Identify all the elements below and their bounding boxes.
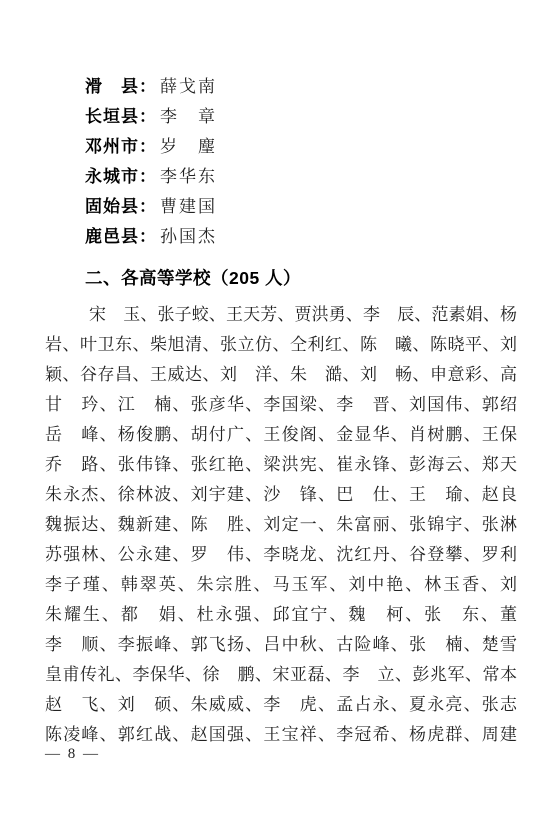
county-person-name: 李 章 xyxy=(160,107,217,126)
county-appointments-list: 滑 县：薛戈南 长垣县：李 章 邓州市：岁 麈 永城市：李华东 固始县：曹建国 … xyxy=(45,72,517,252)
name-list-line: 岩、叶卫东、柴旭清、张立仿、仝利红、陈 曦、陈晓平、刘聪 xyxy=(45,330,517,360)
county-person-name: 曹建国 xyxy=(160,197,217,216)
name-list-line: 皇甫传礼、李保华、徐 鹏、宋亚磊、李 立、彭兆军、常本超、 xyxy=(45,660,517,690)
name-list-line: 李 顺、李振峰、郭飞扬、吕中秋、古险峰、张 楠、楚雪峰、 xyxy=(45,630,517,660)
county-row: 邓州市：岁 麈 xyxy=(85,132,517,162)
county-label: 永城市： xyxy=(85,167,157,186)
name-list-line: 苏强林、公永建、罗 伟、李晓龙、沈红丹、谷登攀、罗利民、 xyxy=(45,540,517,570)
document-page: 滑 县：薛戈南 长垣县：李 章 邓州市：岁 麈 永城市：李华东 固始县：曹建国 … xyxy=(0,0,559,819)
county-row: 滑 县：薛戈南 xyxy=(85,72,517,102)
name-list-line: 甘 玪、江 楠、张彦华、李国梁、李 晋、刘国伟、郭绍永、 xyxy=(45,390,517,420)
name-list-line: 乔 路、张伟锋、张红艳、梁洪宪、崔永锋、彭海云、郑天明、 xyxy=(45,450,517,480)
section-heading: 二、各高等学校（205 人） xyxy=(45,263,517,293)
name-list-line: 颖、谷存昌、王威达、刘 洋、朱 澔、刘 畅、申意彩、高 磊、 xyxy=(45,360,517,390)
county-label: 鹿邑县： xyxy=(85,227,157,246)
higher-education-name-list: 宋 玉、张子蛟、王天芳、贾洪勇、李 辰、范素娟、杨照 岩、叶卫东、柴旭清、张立仿… xyxy=(45,300,517,750)
name-list-line: 李子瑾、韩翠英、朱宗胜、马玉军、刘中艳、林玉香、刘 伟、 xyxy=(45,570,517,600)
county-row: 永城市：李华东 xyxy=(85,162,517,192)
name-list-line: 陈凌峰、郭红战、赵国强、王宝祥、李冠希、杨虎群、周建华、 xyxy=(45,720,517,750)
county-label: 长垣县： xyxy=(85,107,157,126)
name-list-line: 朱耀生、都 娟、杜永强、邱宜宁、魏 柯、张 东、董 峰、 xyxy=(45,600,517,630)
county-row: 长垣县：李 章 xyxy=(85,102,517,132)
county-person-name: 李华东 xyxy=(160,167,217,186)
name-list-line: 朱永杰、徐林波、刘宇建、沙 锋、巴 仕、王 瑜、赵良平、 xyxy=(45,480,517,510)
county-label: 滑 县： xyxy=(85,77,157,96)
county-row: 鹿邑县：孙国杰 xyxy=(85,222,517,252)
name-list-line: 赵 飞、刘 硕、朱威威、李 虎、孟占永、夏永亮、张志强、 xyxy=(45,690,517,720)
name-list-line: 岳 峰、杨俊鹏、胡付广、王俊阁、金显华、肖树鹏、王保平、 xyxy=(45,420,517,450)
name-list-line: 宋 玉、张子蛟、王天芳、贾洪勇、李 辰、范素娟、杨照 xyxy=(45,300,517,330)
document-content: 滑 县：薛戈南 长垣县：李 章 邓州市：岁 麈 永城市：李华东 固始县：曹建国 … xyxy=(45,72,517,750)
county-label: 固始县： xyxy=(85,197,157,216)
county-person-name: 薛戈南 xyxy=(160,77,217,96)
county-label: 邓州市： xyxy=(85,137,157,156)
name-list-line: 魏振达、魏新建、陈 胜、刘定一、朱富丽、张锦宇、张淋江、 xyxy=(45,510,517,540)
county-row: 固始县：曹建国 xyxy=(85,192,517,222)
page-number: — 8 — xyxy=(45,742,100,766)
county-person-name: 孙国杰 xyxy=(160,227,217,246)
county-person-name: 岁 麈 xyxy=(160,137,217,156)
